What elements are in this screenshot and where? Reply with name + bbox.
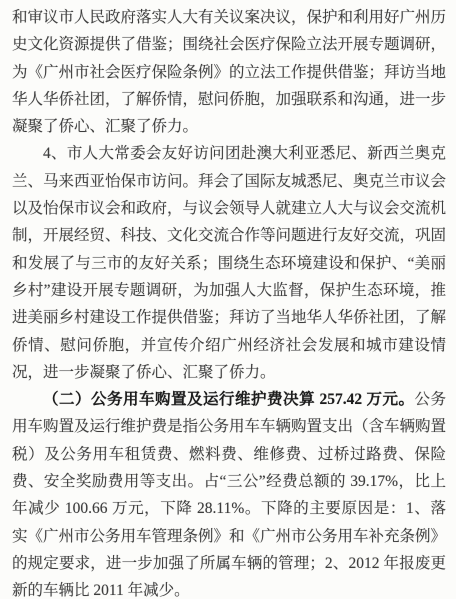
paragraph-text: 4、市人大常委会友好访问团赴澳大利亚悉尼、新西兰奥克兰、马来西亚怡保市访问。拜会… — [12, 145, 446, 380]
paragraph-continuation: 和审议市人民政府落实人大有关议案决议，保护和利用好广州历史文化资源提供了借鉴；围… — [12, 4, 446, 140]
paragraph-item-4-visits: 4、市人大常委会友好访问团赴澳大利亚悉尼、新西兰奥克兰、马来西亚怡保市访问。拜会… — [12, 140, 446, 386]
paragraph-text: 和审议市人民政府落实人大有关议案决议，保护和利用好广州历史文化资源提供了借鉴；围… — [12, 9, 446, 135]
document-page: 和审议市人民政府落实人大有关议案决议，保护和利用好广州历史文化资源提供了借鉴；围… — [0, 0, 456, 599]
section-heading: （二）公务用车购置及运行维护费决算 257.42 万元。 — [43, 391, 414, 408]
paragraph-section-2-vehicle-expense: （二）公务用车购置及运行维护费决算 257.42 万元。公务用车购置及运行维护费… — [12, 386, 446, 599]
paragraph-text: 公务用车购置及运行维护费是指公务用车车辆购置支出（含车辆购置税）及公务用车租赁费… — [12, 391, 446, 599]
